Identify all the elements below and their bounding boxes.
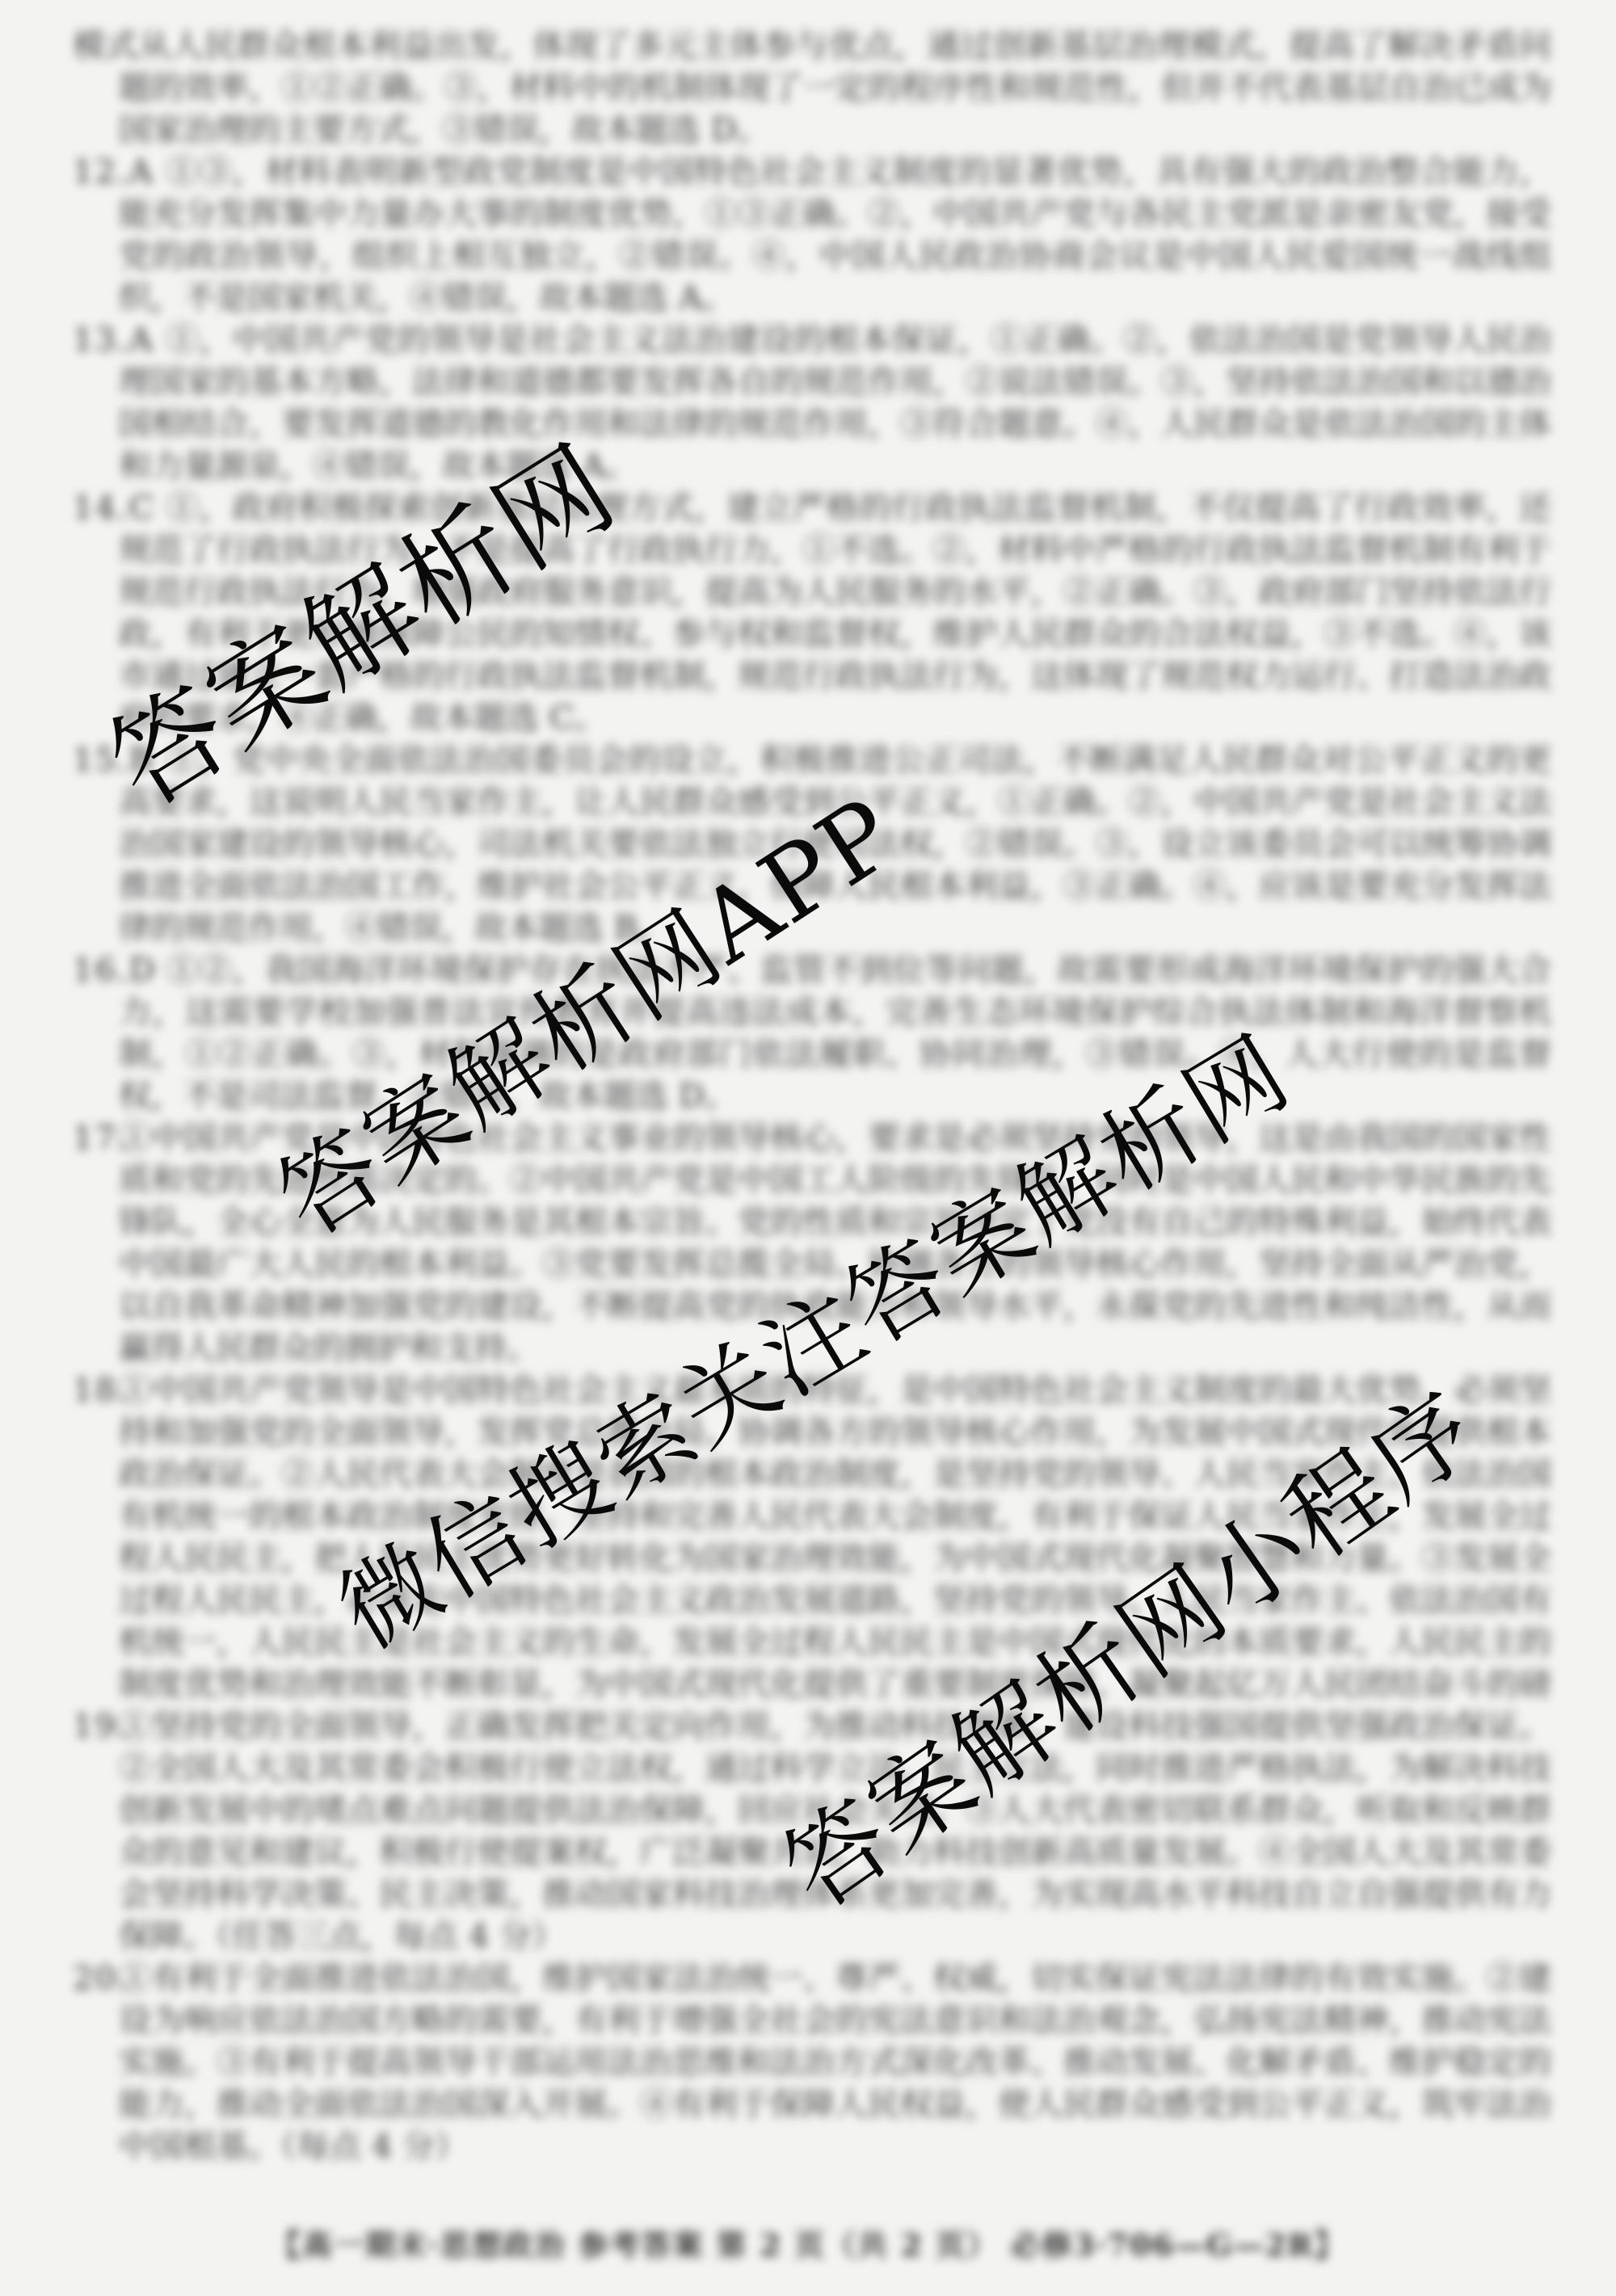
answer-item-12: 12.A①③，材料表明新型政党制度是中国特色社会主义制度的显著优势，具有强大的政… — [73, 151, 1551, 319]
item-number: 19. — [73, 1705, 119, 1747]
item-number: 13.A — [73, 319, 166, 361]
answer-item-13: 13.A①，中国共产党的领导是社会主义法治建设的根本保证，①正确。②，依法治国是… — [73, 319, 1551, 487]
answer-item-20: 20.①有利于全面推进依法治国，维护国家法治统一、尊严、权威，切实保证宪法法律的… — [73, 1957, 1551, 2168]
item-text: ①，中国共产党的领导是社会主义法治建设的根本保证，①正确。②，依法治国是党领导人… — [119, 322, 1551, 485]
answer-item-16: 16.D①②，我国海洋环境保护存在执法不严、监管不到位等问题，故需要形成海洋环境… — [73, 949, 1551, 1117]
item-number: 18. — [73, 1369, 119, 1411]
item-number: 12.A — [73, 151, 166, 193]
item-text: ①③，材料表明新型政党制度是中国特色社会主义制度的显著优势，具有强大的政治整合能… — [119, 153, 1551, 317]
paragraph-text: 模式从人民群众根本利益出发，体现了多元主体参与优点，通过创新基层治理模式，提高了… — [73, 27, 1551, 149]
item-number: 16.D — [73, 949, 166, 991]
blurred-document-layer: 模式从人民群众根本利益出发，体现了多元主体参与优点，通过创新基层治理模式，提高了… — [0, 0, 1616, 2296]
item-text: ①有利于全面推进依法治国，维护国家法治统一、尊严、权威，切实保证宪法法律的有效实… — [119, 1960, 1551, 2165]
scanned-answer-sheet-page: 模式从人民群众根本利益出发，体现了多元主体参与优点，通过创新基层治理模式，提高了… — [0, 0, 1616, 2296]
item-number: 14.C — [73, 487, 166, 529]
item-text: ①②，我国海洋环境保护存在执法不严、监管不到位等问题，故需要形成海洋环境保护的强… — [119, 952, 1551, 1115]
item-number: 17. — [73, 1117, 119, 1159]
answer-continuation-paragraph: 模式从人民群众根本利益出发，体现了多元主体参与优点，通过创新基层治理模式，提高了… — [73, 25, 1551, 151]
page-footer: 【高一期末·思想政治 参考答案 第 2 页（共 2 页） 必修3·706—G—2… — [0, 2221, 1616, 2264]
item-number: 20. — [73, 1957, 119, 2000]
